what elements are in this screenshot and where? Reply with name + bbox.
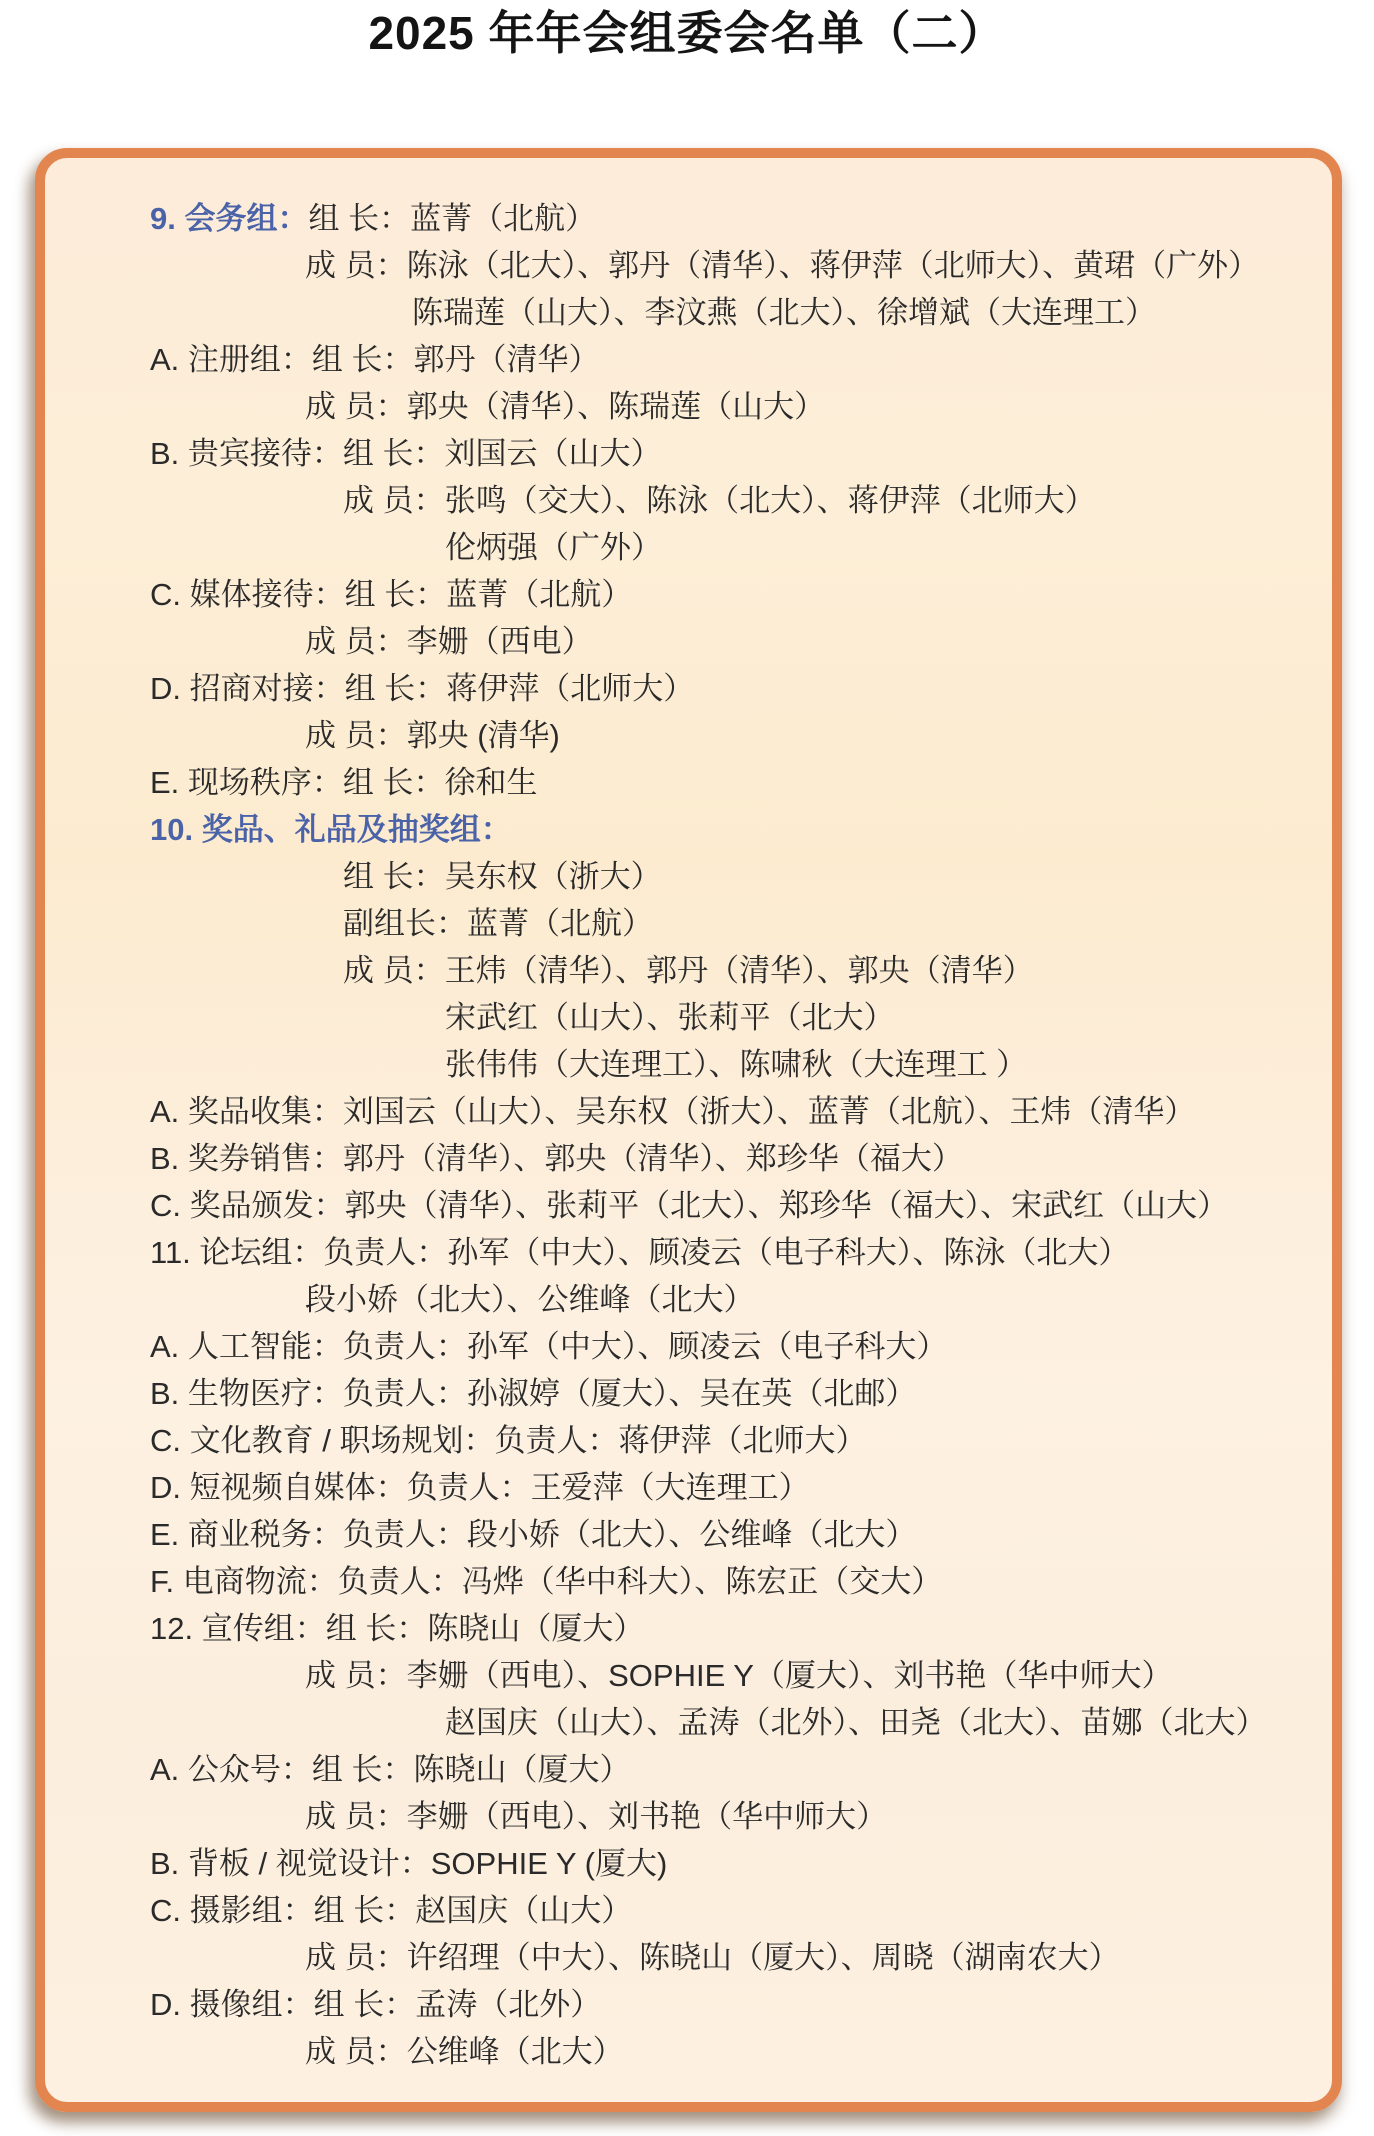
roster-line: A. 注册组：组 长：郭丹（清华） [150, 336, 1304, 383]
roster-line: 成 员：李姗（西电）、刘书艳（华中师大） [305, 1793, 1304, 1840]
roster-line: 成 员：郭央（清华）、陈瑞莲（山大） [305, 383, 1304, 430]
roster-line: 成 员：李姗（西电） [305, 618, 1304, 665]
roster-line: B. 奖券销售：郭丹（清华）、郭央（清华）、郑珍华（福大） [150, 1135, 1304, 1182]
roster-line: 陈瑞莲（山大）、李汶燕（北大）、徐增斌（大连理工） [412, 289, 1304, 336]
roster-line: C. 媒体接待：组 长：蓝菁（北航） [150, 571, 1304, 618]
roster-line: A. 公众号：组 长：陈晓山（厦大） [150, 1746, 1304, 1793]
roster-line: F. 电商物流：负责人：冯烨（华中科大）、陈宏正（交大） [150, 1558, 1304, 1605]
section-heading: 9. 会务组： [150, 201, 308, 236]
roster-line: 成 员：李姗（西电）、SOPHIE Y（厦大）、刘书艳（华中师大） [305, 1652, 1304, 1699]
roster-line: B. 背板 / 视觉设计：SOPHIE Y (厦大) [150, 1840, 1304, 1887]
roster-line: 成 员：公维峰（北大） [305, 2028, 1304, 2075]
roster-line: B. 生物医疗：负责人：孙淑婷（厦大）、吴在英（北邮） [150, 1370, 1304, 1417]
roster-line: C. 奖品颁发：郭央（清华）、张莉平（北大）、郑珍华（福大）、宋武红（山大） [150, 1182, 1304, 1229]
roster-line: C. 摄影组：组 长：赵国庆（山大） [150, 1887, 1304, 1934]
section-heading: 10. 奖品、礼品及抽奖组： [150, 812, 512, 847]
roster-line: E. 现场秩序：组 长：徐和生 [150, 759, 1304, 806]
roster-line: A. 人工智能：负责人：孙军（中大）、顾凌云（电子科大） [150, 1323, 1304, 1370]
roster-line: D. 摄像组：组 长：孟涛（北外） [150, 1981, 1304, 2028]
roster-line: E. 商业税务：负责人：段小娇（北大）、公维峰（北大） [150, 1511, 1304, 1558]
roster-line: C. 文化教育 / 职场规划：负责人：蒋伊萍（北师大） [150, 1417, 1304, 1464]
roster-line: 成 员：张鸣（交大）、陈泳（北大）、蒋伊萍（北师大） [343, 477, 1304, 524]
roster-line: 12. 宣传组：组 长：陈晓山（厦大） [150, 1605, 1304, 1652]
roster-line: D. 招商对接：组 长：蒋伊萍（北师大） [150, 665, 1304, 712]
roster-line: 副组长：蓝菁（北航） [343, 900, 1304, 947]
section-heading-line: 9. 会务组：组 长：蓝菁（北航） [150, 195, 1304, 242]
page-title: 2025 年年会组委会名单（二） [0, 0, 1374, 62]
roster-line: 成 员：郭央 (清华) [305, 712, 1304, 759]
section-heading-line: 10. 奖品、礼品及抽奖组： [150, 806, 1304, 853]
roster-line: 伦炳强（广外） [445, 524, 1304, 571]
roster-lines: 9. 会务组：组 长：蓝菁（北航）成 员：陈泳（北大）、郭丹（清华）、蒋伊萍（北… [150, 195, 1304, 2075]
roster-line: 宋武红（山大）、张莉平（北大） [445, 994, 1304, 1041]
roster-line: B. 贵宾接待：组 长：刘国云（山大） [150, 430, 1304, 477]
roster-line: 11. 论坛组：负责人：孙军（中大）、顾凌云（电子科大）、陈泳（北大） [150, 1229, 1304, 1276]
roster-line: A. 奖品收集：刘国云（山大）、吴东权（浙大）、蓝菁（北航）、王炜（清华） [150, 1088, 1304, 1135]
roster-line: 成 员：王炜（清华）、郭丹（清华）、郭央（清华） [343, 947, 1304, 994]
roster-line: 赵国庆（山大）、孟涛（北外）、田尧（北大）、苗娜（北大） [445, 1699, 1304, 1746]
roster-line: 成 员：陈泳（北大）、郭丹（清华）、蒋伊萍（北师大）、黄珺（广外） [305, 242, 1304, 289]
roster-line: 张伟伟（大连理工）、陈啸秋（大连理工 ） [445, 1041, 1304, 1088]
roster-line: 组 长：吴东权（浙大） [343, 853, 1304, 900]
roster-card: 9. 会务组：组 长：蓝菁（北航）成 员：陈泳（北大）、郭丹（清华）、蒋伊萍（北… [35, 148, 1342, 2112]
roster-line: 成 员：许绍理（中大）、陈晓山（厦大）、周晓（湖南农大） [305, 1934, 1304, 1981]
roster-line: 段小娇（北大）、公维峰（北大） [305, 1276, 1304, 1323]
roster-line: D. 短视频自媒体：负责人：王爱萍（大连理工） [150, 1464, 1304, 1511]
